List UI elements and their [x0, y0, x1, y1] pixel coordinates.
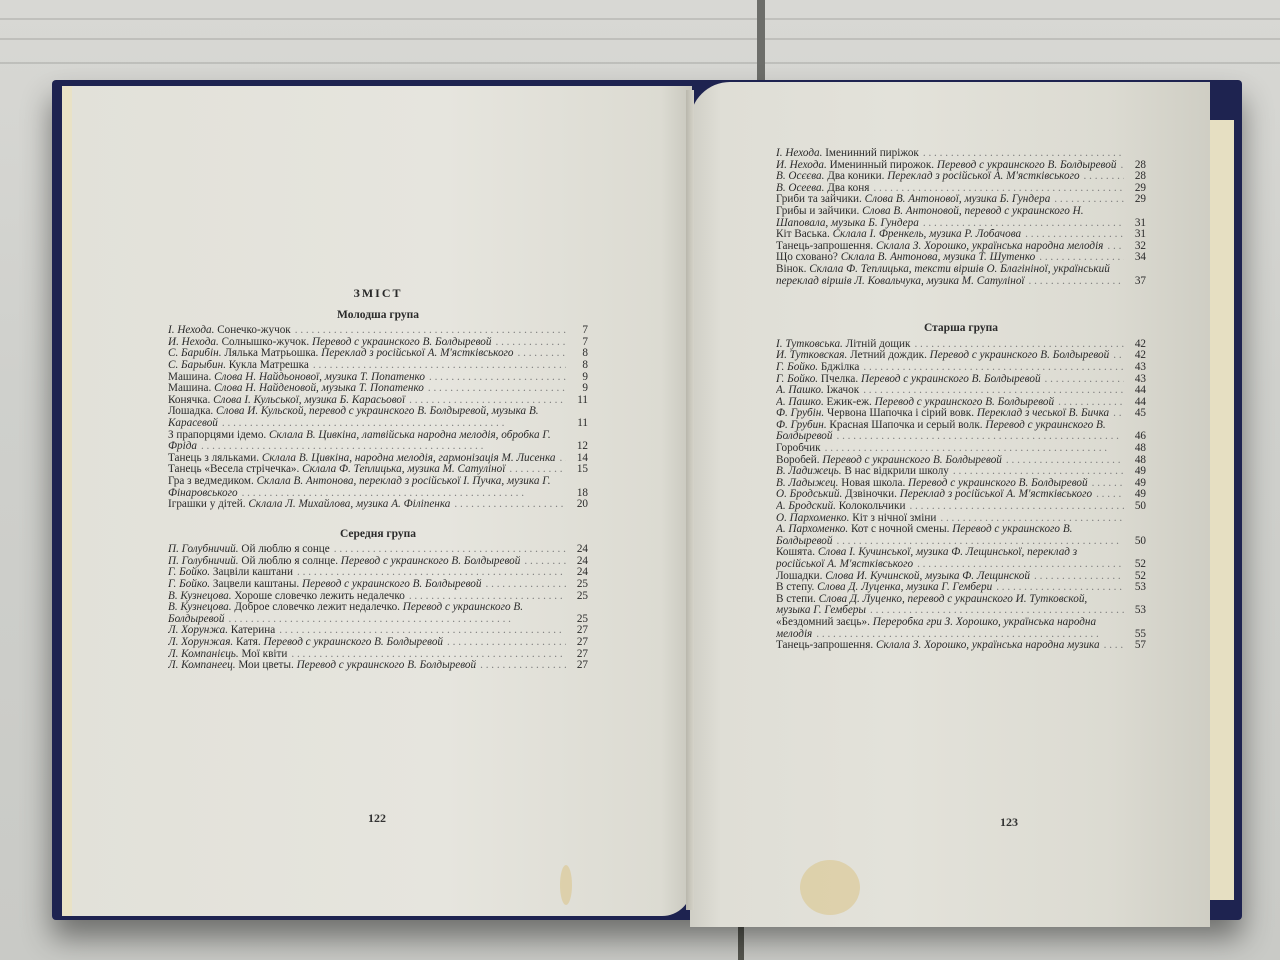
entry-title: Червона Шапочка і сірий вовк.	[827, 408, 974, 419]
page-stain	[560, 865, 572, 905]
entry-page-number: 57	[1124, 640, 1146, 652]
entry-title: Именинный пирожок.	[830, 160, 935, 171]
entry-author: В. Ладыжец.	[776, 478, 838, 489]
entry-title: Машина.	[168, 372, 211, 383]
toc-entry-text: Конячка. Слова І. Кульської, музика Б. К…	[168, 395, 566, 407]
entry-title: Лошадки.	[776, 571, 822, 582]
toc-entry: А. Пашко. Ежик-еж. Перевод с украинского…	[776, 397, 1146, 409]
entry-author: В. Осеева.	[776, 183, 824, 194]
entry-title: Дзвіночки.	[845, 489, 897, 500]
entry-title: Грибы и зайчики.	[776, 206, 859, 217]
entry-page-number: 29	[1124, 194, 1146, 206]
toc-entry-text: Ф. Грубин. Красная Шапочка и серый волк.…	[776, 420, 1124, 443]
entry-note: Перевод с украинского В. Болдыревой	[937, 160, 1117, 171]
entry-note: Склала Ф. Теплицька, музика М. Сатуліної	[302, 464, 505, 475]
entry-title: Зацвели каштаны.	[213, 579, 299, 590]
toc-entry-text: Танець з ляльками. Склала В. Цивкіна, на…	[168, 453, 566, 465]
toc-entry: В степи. Слова Д. Луценко, перевод с укр…	[776, 594, 1146, 617]
toc-entry-text: О. Пархоменко. Кіт з нічної зміни	[776, 513, 1124, 525]
toc-entry: О. Бродський. Дзвіночки. Переклад з росі…	[776, 489, 1146, 501]
toc-entry: Машина. Слова Н. Найденовой, музыка Т. П…	[168, 383, 588, 395]
toc-entry-text: В. Кузнецова. Хороше словечко лежить нед…	[168, 591, 566, 603]
toc-entry-text: Г. Бойко. Бджілка	[776, 362, 1124, 374]
entry-author: Ф. Грубин.	[776, 420, 827, 431]
toc-entry: Г. Бойко. Бджілка 43	[776, 362, 1146, 374]
entry-title: Іменинний пиріжок	[825, 148, 919, 159]
toc-entry: Танець-запрошення. Склала З. Хорошко, ук…	[776, 640, 1146, 652]
entry-title: Катя.	[236, 637, 261, 648]
entry-page-number: 53	[1124, 582, 1146, 594]
entry-note: Перевод с украинского В. Болдыревой	[312, 337, 492, 348]
entry-title: Вінок.	[776, 264, 806, 275]
entry-page-number: 34	[1124, 252, 1146, 264]
toc-entry: Що сховано? Склала В. Антонова, музика Т…	[776, 252, 1146, 264]
toc-entry: Машина. Слова Н. Найдьонової, музика Т. …	[168, 372, 588, 384]
entry-author: В. Кузнецова.	[168, 602, 232, 613]
toc-entry-text: Танець-запрошення. Склала З. Хорошко, ук…	[776, 640, 1124, 652]
entry-title: Летний дождик.	[850, 350, 927, 361]
toc-entry: В. Кузнецова. Доброе словечко лежит неда…	[168, 602, 588, 625]
toc-entry: С. Барибін. Лялька Матрьошка. Переклад з…	[168, 348, 588, 360]
entry-author: І. Нехода.	[168, 325, 214, 336]
toc-entry-text: В степи. Слова Д. Луценко, перевод с укр…	[776, 594, 1124, 617]
toc-entry: Іграшки у дітей. Склала Л. Михайлова, му…	[168, 499, 588, 511]
entry-title: Лялька Матрьошка.	[224, 348, 318, 359]
page-number-left: 122	[368, 811, 386, 826]
entry-title: Конячка.	[168, 395, 210, 406]
entry-title: Зацвіли каштани	[213, 567, 293, 578]
entry-author: Г. Бойко.	[776, 374, 818, 385]
entry-note: Склала І. Френкель, музика Р. Лобачова	[833, 229, 1022, 240]
entry-title: Ой люблю я солнце.	[241, 556, 338, 567]
toc-entry-text: «Бездомний заєць». Переробка гри З. Хоро…	[776, 617, 1124, 640]
entry-note: Перевод с украинского В. Болдыревой	[263, 637, 443, 648]
toc-entry-text: Що сховано? Склала В. Антонова, музика Т…	[776, 252, 1124, 264]
entry-title: Ой люблю я сонце	[241, 544, 329, 555]
book-spine	[686, 90, 694, 910]
toc-entry: І. Тутковська. Літній дощик 42	[776, 339, 1146, 351]
entry-note: Слова Н. Найдьонової, музика Т. Попатенк…	[214, 372, 425, 383]
toc-entry: Горобчик 48	[776, 443, 1146, 455]
toc-entry-text: А. Пархоменко. Кот с ночной смены. Перев…	[776, 524, 1124, 547]
toc-entry: В. Ладижець. В нас відкрили школу 49	[776, 466, 1146, 478]
toc-entry: С. Барыбин. Кукла Матрешка 8	[168, 360, 588, 372]
toc-entry-text: Л. Хорунжая. Катя. Перевод с украинского…	[168, 637, 566, 649]
entry-title: Два коники.	[827, 171, 884, 182]
entry-note: Склала З. Хорошко, українська народна му…	[876, 640, 1100, 651]
toc-entry-text: В. Осєєва. Два коники. Переклад з російс…	[776, 171, 1124, 183]
section-heading: Старша група	[776, 323, 1146, 335]
entry-author: Ф. Грубін.	[776, 408, 824, 419]
toc-entry-text: І. Нехода. Сонечко-жучок	[168, 325, 566, 337]
entry-title: Доброе словечко лежит недалечко.	[234, 602, 400, 613]
toc-entry-text: Горобчик	[776, 443, 1124, 455]
toc-entry-text: П. Голубничий. Ой люблю я солнце. Перево…	[168, 556, 566, 568]
entry-title: Кіт Васька.	[776, 229, 830, 240]
toc-entry-text: Гриби та зайчики. Слова В. Антонової, му…	[776, 194, 1124, 206]
toc-entry: Лошадки. Слова И. Кучинской, музыка Ф. Л…	[776, 571, 1146, 583]
entry-author: А. Пашко.	[776, 385, 824, 396]
entry-author: И. Тутковская.	[776, 350, 847, 361]
toc-entry-text: Л. Компанеец. Мои цветы. Перевод с украи…	[168, 660, 566, 672]
toc-entry-text: Іграшки у дітей. Склала Л. Михайлова, му…	[168, 499, 566, 511]
entry-title: Мои цветы.	[238, 660, 293, 671]
toc-entry: Л. Хорунжая. Катя. Перевод с украинского…	[168, 637, 588, 649]
entry-page-number: 9	[566, 383, 588, 395]
entry-note: Перевод с украинского В. Болдыревой	[297, 660, 477, 671]
entry-page-number: 31	[1124, 229, 1146, 241]
entry-title: Сонечко-жучок	[217, 325, 291, 336]
entry-title: Горобчик	[776, 443, 821, 454]
toc-entry: В. Кузнецова. Хороше словечко лежить нед…	[168, 591, 588, 603]
section-heading: Молодша група	[168, 310, 588, 322]
toc-entry: А. Пашко. Їжачок 44	[776, 385, 1146, 397]
entry-note: Слова Д. Луценко, перевод с украинского …	[776, 594, 1087, 617]
toc-entry-text: Г. Бойко. Зацвели каштаны. Перевод с укр…	[168, 579, 566, 591]
entry-title: Мої квіти	[241, 649, 287, 660]
entry-title: Хороше словечко лежить недалечко	[234, 591, 404, 602]
entry-author: А. Бродский.	[776, 501, 836, 512]
toc-entry: Л. Хорунжа. Катерина 27	[168, 625, 588, 637]
entry-page-number: 12	[566, 441, 588, 453]
entry-title: Танець-запрошення.	[776, 640, 873, 651]
entry-author: А. Пархоменко.	[776, 524, 848, 535]
toc-entry-text: Грибы и зайчики. Слова В. Антоновой, пер…	[776, 206, 1124, 229]
entry-page-number: 37	[1124, 276, 1146, 288]
toc-entry: В. Осеева. Два коня 29	[776, 183, 1146, 195]
entry-author: В. Кузнецова.	[168, 591, 232, 602]
entry-note: Перевод с украинского В. Болдыревой	[302, 579, 482, 590]
entry-title: Воробей.	[776, 455, 820, 466]
entry-note: Слова І. Кульської, музика Б. Карасьової	[213, 395, 405, 406]
entry-title: Катерина	[231, 625, 275, 636]
toc-entry: А. Бродский. Колокольчики 50	[776, 501, 1146, 513]
entry-page-number: 43	[1124, 362, 1146, 374]
entry-title: Ежик-еж.	[827, 397, 872, 408]
entry-note: Переклад з російської А. М'ястківського	[321, 348, 513, 359]
toc-entry-text: З прапорцями ідемо. Склала В. Цивкіна, л…	[168, 430, 566, 453]
entry-title: Два коня	[827, 183, 869, 194]
toc-entry: Вінок. Склала Ф. Теплицька, тексти вірші…	[776, 264, 1146, 287]
entry-author: С. Барибін.	[168, 348, 222, 359]
entry-note: Слова В. Антонової, музика Б. Гундера	[865, 194, 1051, 205]
entry-title: Гриби та зайчики.	[776, 194, 862, 205]
entry-page-number: 20	[566, 499, 588, 511]
entry-note: Перевод с украинского В. Болдыревой	[930, 350, 1110, 361]
toc-entry-text: Кіт Васька. Склала І. Френкель, музика Р…	[776, 229, 1124, 241]
entry-page-number: 53	[1124, 605, 1146, 617]
toc-entry: Гра з ведмедиком. Склала В. Антонова, пе…	[168, 476, 588, 499]
toc-entry: Танець-запрошення. Склала З. Хорошко, ук…	[776, 241, 1146, 253]
entry-note: Слова І. Кучинської, музика Ф. Лещинсько…	[776, 547, 1077, 570]
entry-note: Перевод с украинского В. Болдыревой	[861, 374, 1041, 385]
toc-entry-text: В степу. Слова Д. Луценка, музика Г. Гем…	[776, 582, 1124, 594]
toc-entry-text: А. Бродский. Колокольчики	[776, 501, 1124, 513]
entry-author: П. Голубничий.	[168, 544, 239, 555]
entry-author: Г. Бойко.	[776, 362, 818, 373]
toc-entry: Ф. Грубін. Червона Шапочка і сірий вовк.…	[776, 408, 1146, 420]
toc-entry: Кошята. Слова І. Кучинської, музика Ф. Л…	[776, 547, 1146, 570]
toc-entry-text: А. Пашко. Їжачок	[776, 385, 1124, 397]
entry-author: Л. Хорунжая.	[168, 637, 233, 648]
toc-entry: «Бездомний заєць». Переробка гри З. Хоро…	[776, 617, 1146, 640]
entry-author: О. Бродський.	[776, 489, 842, 500]
entry-note: Склала Л. Михайлова, музика А. Філіпенка	[248, 499, 450, 510]
table-of-contents-right: І. Нехода. Іменинний пиріжок И. Нехода. …	[776, 148, 1146, 652]
toc-entry-text: Лошадка. Слова И. Кульской, перевод с ук…	[168, 406, 566, 429]
entry-note: Слова Д. Луценка, музика Г. Гембери	[817, 582, 992, 593]
entry-page-number: 8	[566, 360, 588, 372]
entry-title: Кошята.	[776, 547, 815, 558]
entry-title: Кот с ночной смены.	[851, 524, 949, 535]
toc-entry: О. Пархоменко. Кіт з нічної зміни	[776, 513, 1146, 525]
entry-note: Слова И. Кучинской, музыка Ф. Лещинской	[825, 571, 1030, 582]
toc-entry-text: Гра з ведмедиком. Склала В. Антонова, пе…	[168, 476, 566, 499]
entry-title: Танець-запрошення.	[776, 241, 873, 252]
toc-heading: ЗМІСТ	[168, 288, 588, 300]
toc-entry-text: В. Ладыжец. Новая школа. Перевод с украи…	[776, 478, 1124, 490]
page-stain	[800, 860, 860, 915]
entry-note: Склала Ф. Теплицька, тексти віршів О. Бл…	[776, 264, 1110, 287]
toc-entry-text: В. Ладижець. В нас відкрили школу	[776, 466, 1124, 478]
entry-title: Танець з ляльками.	[168, 453, 259, 464]
entry-author: О. Пархоменко.	[776, 513, 849, 524]
entry-page-number: 25	[566, 591, 588, 603]
entry-title: «Бездомний заєць».	[776, 617, 870, 628]
toc-entry: В степу. Слова Д. Луценка, музика Г. Гем…	[776, 582, 1146, 594]
entry-page-number: 27	[566, 660, 588, 672]
entry-title: Іграшки у дітей.	[168, 499, 246, 510]
toc-entry: Танець «Весела стрічечка». Склала Ф. Теп…	[168, 464, 588, 476]
entry-author: Г. Бойко.	[168, 579, 210, 590]
toc-entry: П. Голубничий. Ой люблю я сонце 24	[168, 544, 588, 556]
plank-gap	[757, 0, 765, 85]
entry-author: П. Голубничий.	[168, 556, 239, 567]
entry-author: Л. Хорунжа.	[168, 625, 228, 636]
entry-page-number: 52	[1124, 559, 1146, 571]
entry-note: Переклад з російської А. М'ястківського	[900, 489, 1092, 500]
entry-note: Слова Н. Найденовой, музыка Т. Попатенко	[214, 383, 424, 394]
toc-entry-text: Г. Бойко. Пчелка. Перевод с украинского …	[776, 374, 1124, 386]
entry-title: Гра з ведмедиком.	[168, 476, 254, 487]
toc-entry-text: І. Нехода. Іменинний пиріжок	[776, 148, 1124, 160]
entry-author: Л. Компанеец.	[168, 660, 236, 671]
entry-page-number: 11	[566, 418, 588, 430]
entry-page-number: 11	[566, 395, 588, 407]
toc-entry: Л. Компанеец. Мои цветы. Перевод с украи…	[168, 660, 588, 672]
toc-entry: И. Нехода. Именинный пирожок. Перевод с …	[776, 160, 1146, 172]
entry-note: Склала З. Хорошко, українська народна ме…	[876, 241, 1103, 252]
toc-entry-text: Машина. Слова Н. Найдьонової, музика Т. …	[168, 372, 566, 384]
entry-note: Переклад з чеської В. Бичка	[977, 408, 1109, 419]
entry-title: З прапорцями ідемо.	[168, 430, 266, 441]
entry-author: И. Нехода.	[168, 337, 219, 348]
toc-entry: А. Пархоменко. Кот с ночной смены. Перев…	[776, 524, 1146, 547]
entry-title: Колокольчики	[839, 501, 906, 512]
toc-entry: В. Ладыжец. Новая школа. Перевод с украи…	[776, 478, 1146, 490]
entry-page-number: 50	[1124, 536, 1146, 548]
toc-entry: Воробей. Перевод с украинского В. Болдыр…	[776, 455, 1146, 467]
toc-entry: І. Нехода. Сонечко-жучок 7	[168, 325, 588, 337]
entry-title: Новая школа.	[841, 478, 905, 489]
toc-entry: Лошадка. Слова И. Кульской, перевод с ук…	[168, 406, 588, 429]
toc-entry-text: В. Кузнецова. Доброе словечко лежит неда…	[168, 602, 566, 625]
toc-entry: Л. Компанієць. Мої квіти 27	[168, 649, 588, 661]
toc-entry: Г. Бойко. Зацвіли каштани 24	[168, 567, 588, 579]
entry-title: Лошадка.	[168, 406, 213, 417]
toc-entry-text: Вінок. Склала Ф. Теплицька, тексти вірші…	[776, 264, 1124, 287]
toc-entry-text: И. Нехода. Солнышко-жучок. Перевод с укр…	[168, 337, 566, 349]
table-of-contents-left: ЗМІСТ Молодша групаІ. Нехода. Сонечко-жу…	[168, 288, 588, 672]
toc-entry: П. Голубничий. Ой люблю я солнце. Перево…	[168, 556, 588, 568]
entry-title: Кіт з нічної зміни	[852, 513, 936, 524]
entry-title: В нас відкрили школу	[844, 466, 949, 477]
toc-entry: И. Тутковская. Летний дождик. Перевод с …	[776, 350, 1146, 362]
entry-note: Переклад з російської А. М'ястківського	[887, 171, 1079, 182]
toc-entry-text: С. Барибін. Лялька Матрьошка. Переклад з…	[168, 348, 566, 360]
toc-entry-text: И. Тутковская. Летний дождик. Перевод с …	[776, 350, 1124, 362]
entry-author: І. Тутковська.	[776, 339, 843, 350]
entry-page-number: 27	[566, 637, 588, 649]
toc-entry: Танець з ляльками. Склала В. Цивкіна, на…	[168, 453, 588, 465]
toc-entry-text: О. Бродський. Дзвіночки. Переклад з росі…	[776, 489, 1124, 501]
toc-entry-text: Л. Хорунжа. Катерина	[168, 625, 566, 637]
entry-note: Слова И. Кульской, перевод с украинского…	[168, 406, 539, 429]
entry-note: Перевод с украинского В. Болдыревой	[822, 455, 1002, 466]
entry-note: Перевод с украинского В. Болдыревой	[341, 556, 521, 567]
entry-page-number: 50	[1124, 501, 1146, 513]
toc-entry-text: Г. Бойко. Зацвіли каштани	[168, 567, 566, 579]
toc-entry-text: Танець-запрошення. Склала З. Хорошко, ук…	[776, 241, 1124, 253]
entry-page-number: 44	[1124, 385, 1146, 397]
entry-title: Солнышко-жучок.	[222, 337, 310, 348]
entry-page-number: 25	[566, 579, 588, 591]
toc-entry-text: Л. Компанієць. Мої квіти	[168, 649, 566, 661]
toc-entry-text: В. Осеева. Два коня	[776, 183, 1124, 195]
toc-entry-text: И. Нехода. Именинный пирожок. Перевод с …	[776, 160, 1124, 172]
section-heading: Середня група	[168, 529, 588, 541]
toc-entry: В. Осєєва. Два коники. Переклад з російс…	[776, 171, 1146, 183]
entry-author: А. Пашко.	[776, 397, 824, 408]
entry-author: Г. Бойко.	[168, 567, 210, 578]
entry-title: Кукла Матрешка	[229, 360, 309, 371]
entry-author: І. Нехода.	[776, 148, 822, 159]
entry-page-number: 45	[1124, 408, 1146, 420]
toc-entry-text: С. Барыбин. Кукла Матрешка	[168, 360, 566, 372]
toc-entry-text: Лошадки. Слова И. Кучинской, музыка Ф. Л…	[776, 571, 1124, 583]
entry-title: Машина.	[168, 383, 211, 394]
page-number-right: 123	[1000, 815, 1018, 830]
toc-entry: Г. Бойко. Зацвели каштаны. Перевод с укр…	[168, 579, 588, 591]
entry-author: Л. Компанієць.	[168, 649, 239, 660]
toc-entry: Ф. Грубин. Красная Шапочка и серый волк.…	[776, 420, 1146, 443]
entry-note: Перевод с украинского В. Болдыревой	[875, 397, 1055, 408]
entry-title: Бджілка	[821, 362, 860, 373]
toc-entry-text: І. Тутковська. Літній дощик	[776, 339, 1124, 351]
entry-title: Красная Шапочка и серый волк.	[829, 420, 982, 431]
toc-entry-text: А. Пашко. Ежик-еж. Перевод с украинского…	[776, 397, 1124, 409]
toc-entry-text: П. Голубничий. Ой люблю я сонце	[168, 544, 566, 556]
entry-page-number: 15	[566, 464, 588, 476]
page-edges-right	[1208, 120, 1234, 900]
toc-entry-text: Танець «Весела стрічечка». Склала Ф. Теп…	[168, 464, 566, 476]
toc-entry: Г. Бойко. Пчелка. Перевод с украинского …	[776, 374, 1146, 386]
entry-note: Склала В. Цивкіна, народна мелодія, гарм…	[262, 453, 556, 464]
toc-entry: Грибы и зайчики. Слова В. Антоновой, пер…	[776, 206, 1146, 229]
entry-title: В степи.	[776, 594, 816, 605]
entry-title: Пчелка.	[821, 374, 858, 385]
toc-entry: Конячка. Слова І. Кульської, музика Б. К…	[168, 395, 588, 407]
entry-title: Що сховано?	[776, 252, 838, 263]
entry-author: В. Ладижець.	[776, 466, 842, 477]
toc-entry: Гриби та зайчики. Слова В. Антонової, му…	[776, 194, 1146, 206]
entry-title: Танець «Весела стрічечка».	[168, 464, 299, 475]
entry-author: И. Нехода.	[776, 160, 827, 171]
toc-entry-text: Ф. Грубін. Червона Шапочка і сірий вовк.…	[776, 408, 1124, 420]
toc-entry-text: Воробей. Перевод с украинского В. Болдыр…	[776, 455, 1124, 467]
entry-page-number: 48	[1124, 443, 1146, 455]
entry-title: Їжачок	[827, 385, 860, 396]
toc-entry-text: Машина. Слова Н. Найденовой, музыка Т. П…	[168, 383, 566, 395]
entry-title: В степу.	[776, 582, 814, 593]
entry-note: Склала В. Антонова, музика Т. Шутенко	[841, 252, 1036, 263]
toc-entry-text: Кошята. Слова І. Кучинської, музика Ф. Л…	[776, 547, 1124, 570]
entry-author: В. Осєєва.	[776, 171, 824, 182]
entry-note: Перевод с украинского В. Болдыревой	[908, 478, 1088, 489]
entry-author: С. Барыбин.	[168, 360, 226, 371]
toc-entry: Кіт Васька. Склала І. Френкель, музика Р…	[776, 229, 1146, 241]
entry-title: Літній дощик	[846, 339, 911, 350]
toc-entry: І. Нехода. Іменинний пиріжок	[776, 148, 1146, 160]
toc-entry: И. Нехода. Солнышко-жучок. Перевод с укр…	[168, 337, 588, 349]
toc-entry: З прапорцями ідемо. Склала В. Цивкіна, л…	[168, 430, 588, 453]
